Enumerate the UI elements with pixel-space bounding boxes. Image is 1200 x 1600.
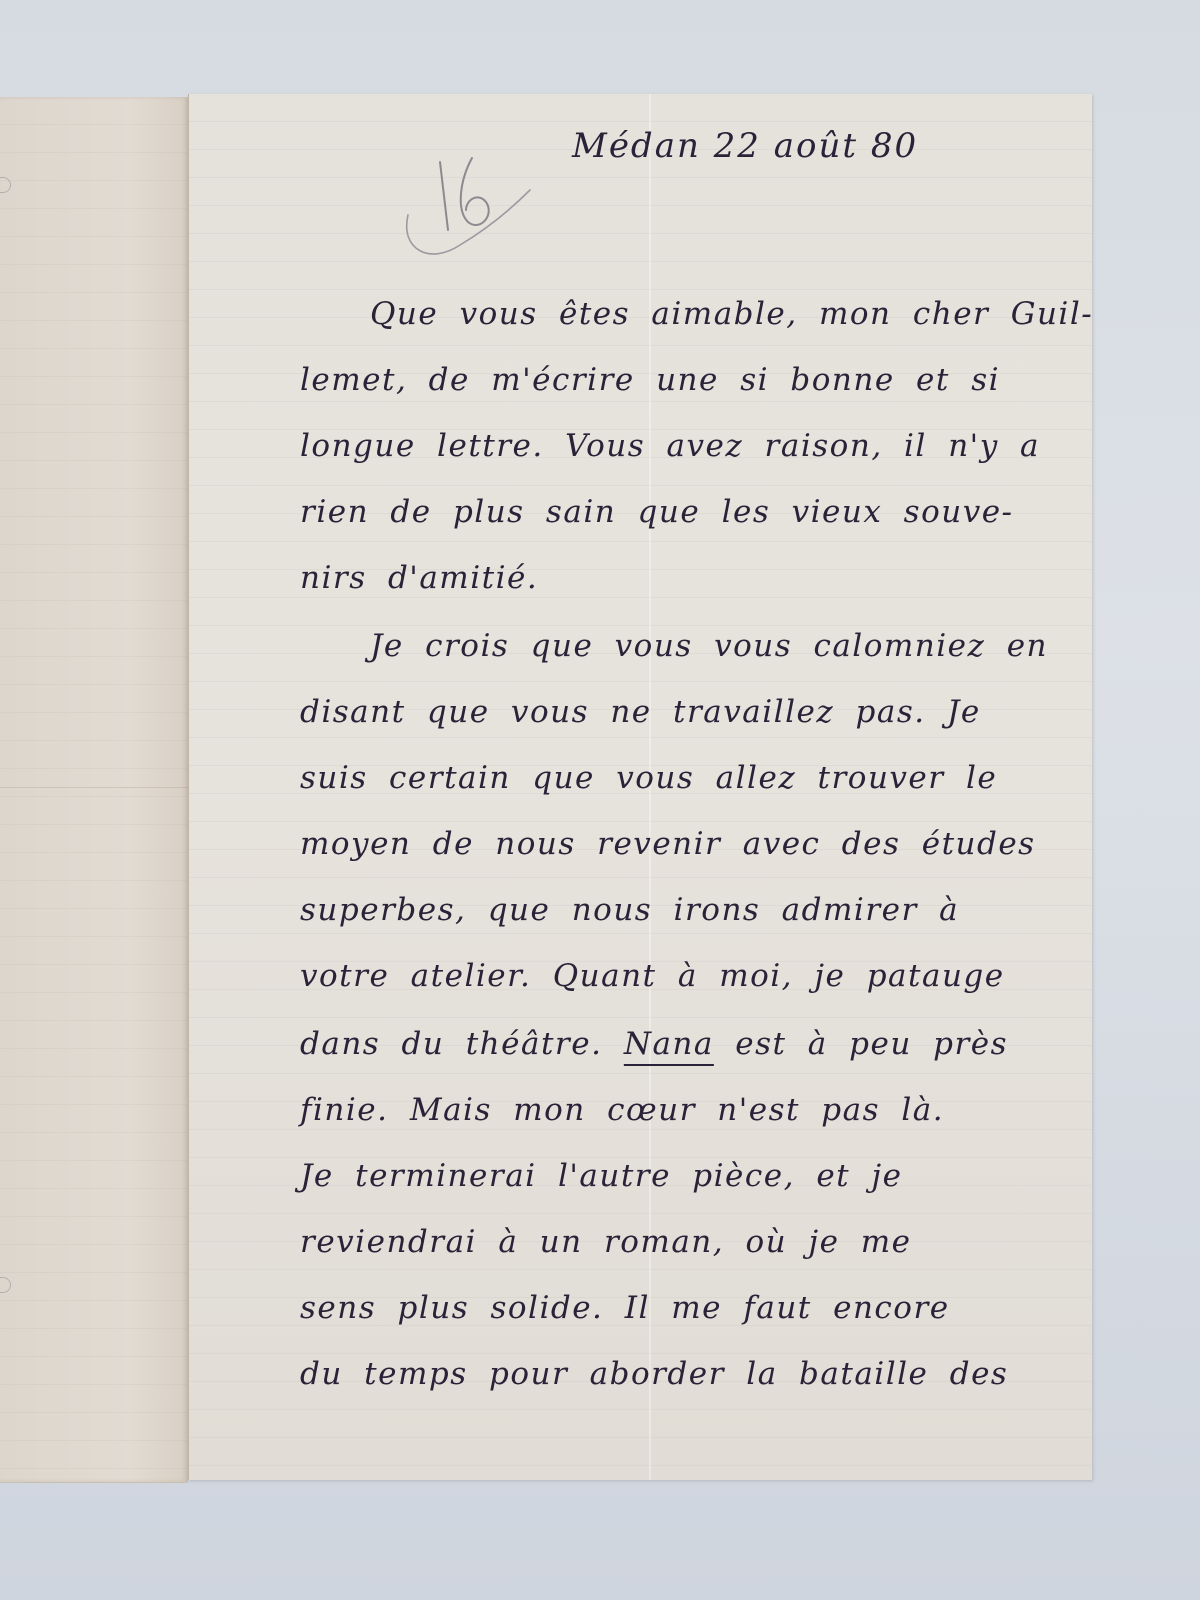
letter-line: Je crois que vous vous calomniez en	[370, 628, 1048, 664]
letter-line: longue lettre. Vous avez raison, il n'y …	[300, 428, 1040, 464]
line-text-continuation: est à peu près	[714, 1026, 1008, 1062]
left-folded-leaf	[0, 97, 188, 1483]
letter-line: votre atelier. Quant à moi, je patauge	[300, 958, 1005, 994]
letter-line: reviendrai à un roman, où je me	[300, 1224, 912, 1260]
letter-line: nirs d'amitié.	[300, 560, 538, 596]
line-text: dans du théâtre.	[300, 1026, 602, 1062]
letter-line: Que vous êtes aimable, mon cher Guil-	[370, 296, 1093, 332]
letter-line: suis certain que vous allez trouver le	[300, 760, 997, 796]
letter-line: moyen de nous revenir avec des études	[300, 826, 1036, 862]
letter-line: dans du théâtre. Nana est à peu près	[300, 1026, 1008, 1062]
letter-line: lemet, de m'écrire une si bonne et si	[300, 362, 1000, 398]
letter-line: superbes, que nous irons admirer à	[300, 892, 959, 928]
letter-line: finie. Mais mon cœur n'est pas là.	[300, 1092, 944, 1128]
letter-dateline: Médan 22 août 80	[572, 126, 918, 166]
ruled-lines	[0, 97, 188, 1482]
pencil-archive-number	[400, 140, 550, 290]
horizontal-fold	[0, 787, 188, 788]
letter-line: Je terminerai l'autre pièce, et je	[300, 1158, 902, 1194]
letter-line: du temps pour aborder la bataille des	[300, 1356, 1008, 1392]
underlined-title-nana: Nana	[624, 1026, 714, 1062]
letter-line: rien de plus sain que les vieux souve-	[300, 494, 1014, 530]
letter-line: sens plus solide. Il me faut encore	[300, 1290, 950, 1326]
letter-line: disant que vous ne travaillez pas. Je	[300, 694, 981, 730]
